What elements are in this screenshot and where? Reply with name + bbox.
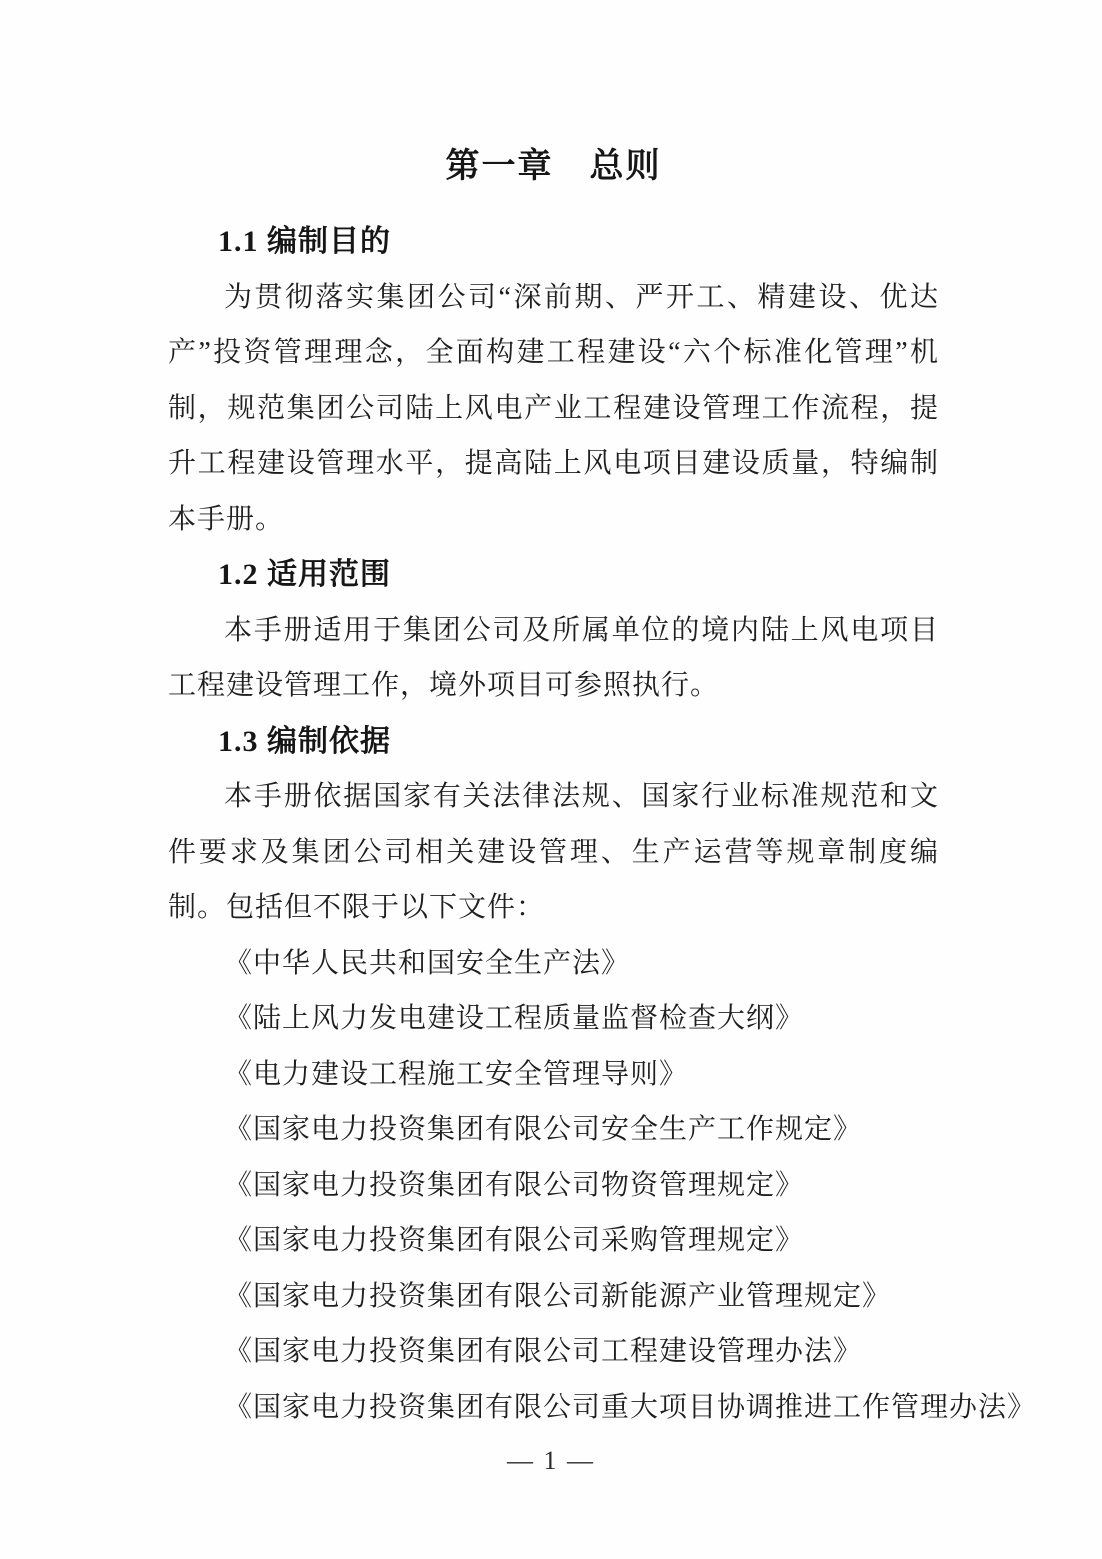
section-heading-1-2: 1.2 适用范围 [168, 547, 939, 603]
section-heading-1-3: 1.3 编制依据 [168, 714, 939, 770]
reference-item: 《国家电力投资集团有限公司采购管理规定》 [168, 1213, 939, 1269]
document-page: 第一章 总则 1.1 编制目的 为贯彻落实集团公司“深前期、严开工、精建设、优达… [0, 0, 1102, 1559]
reference-item: 《国家电力投资集团有限公司物资管理规定》 [168, 1158, 939, 1214]
reference-item: 《电力建设工程施工安全管理导则》 [168, 1047, 939, 1103]
section-1-2-paragraph: 本手册适用于集团公司及所属单位的境内陆上风电项目工程建设管理工作，境外项目可参照… [168, 603, 939, 714]
reference-item: 《陆上风力发电建设工程质量监督检查大纲》 [168, 991, 939, 1047]
reference-item: 《国家电力投资集团有限公司重大项目协调推进工作管理办法》 [168, 1380, 939, 1436]
reference-item: 《国家电力投资集团有限公司安全生产工作规定》 [168, 1102, 939, 1158]
reference-item: 《中华人民共和国安全生产法》 [168, 936, 939, 992]
chapter-title: 第一章 总则 [168, 146, 939, 188]
reference-item: 《国家电力投资集团有限公司工程建设管理办法》 [168, 1324, 939, 1380]
section-1-1-paragraph: 为贯彻落实集团公司“深前期、严开工、精建设、优达产”投资管理理念，全面构建工程建… [168, 270, 939, 548]
section-1-3-paragraph: 本手册依据国家有关法律法规、国家行业标准规范和文件要求及集团公司相关建设管理、生… [168, 769, 939, 936]
page-number: — 1 — [0, 1444, 1102, 1478]
reference-item: 《国家电力投资集团有限公司新能源产业管理规定》 [168, 1269, 939, 1325]
section-heading-1-1: 1.1 编制目的 [168, 214, 939, 270]
